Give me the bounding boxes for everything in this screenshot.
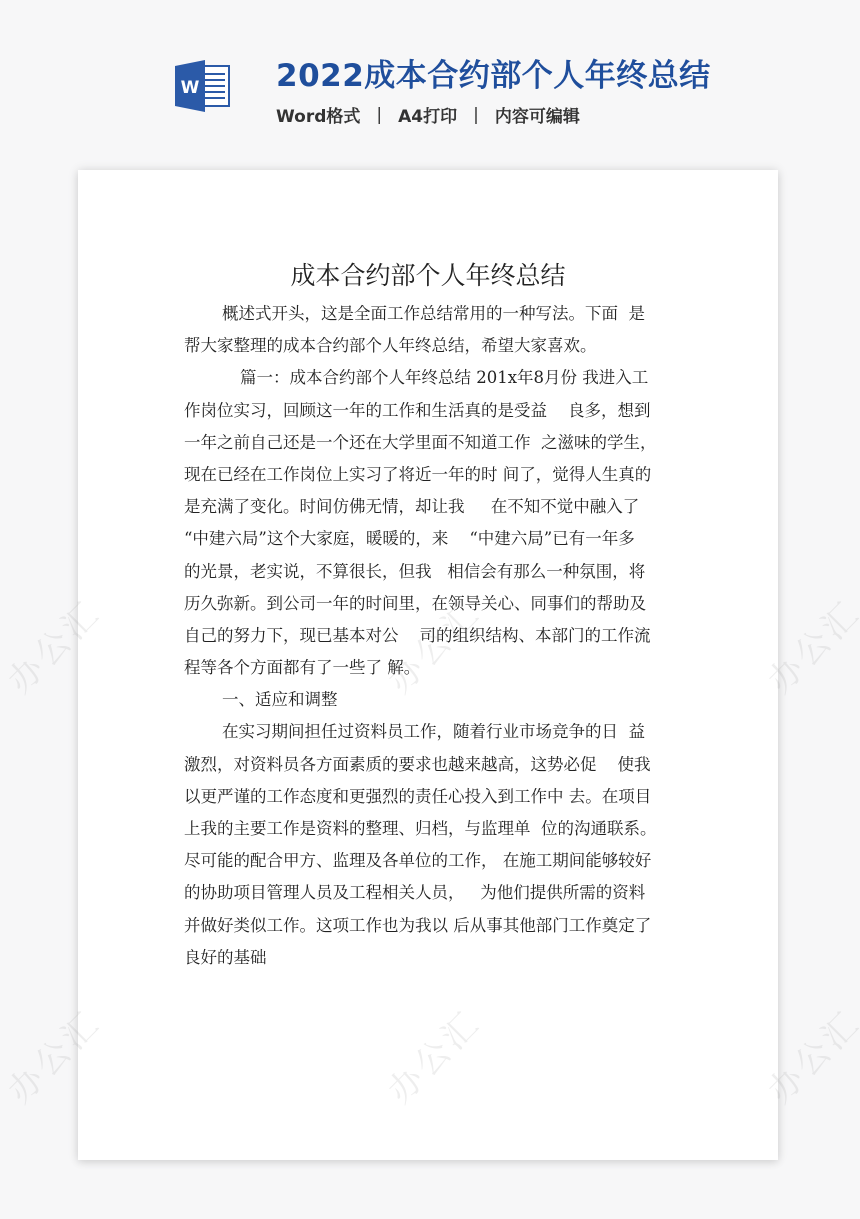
text-line: 的协助项目管理人员及工程相关人员， 为他们提供所需的资料: [184, 877, 684, 909]
document-page: 成本合约部个人年终总结 概述式开头，这是全面工作总结常用的一种写法。下面 是 帮…: [78, 170, 778, 1160]
text-line: 的光景，老实说，不算很长，但我 相信会有那么一种氛围，将: [184, 556, 684, 588]
page-title: 2022成本合约部个人年终总结: [276, 50, 711, 95]
header: W 2022成本合约部个人年终总结 Word格式 | A4打印 | 内容可编辑: [0, 0, 860, 150]
feature-editable: 内容可编辑: [495, 102, 580, 127]
document-body: 概述式开头，这是全面工作总结常用的一种写法。下面 是 帮大家整理的成本合约部个人…: [184, 298, 684, 974]
svg-text:W: W: [181, 78, 200, 98]
text-line: 一年之前自己还是一个还在大学里面不知道工作 之滋味的学生，: [184, 427, 684, 459]
text-line: 在实习期间担任过资料员工作，随着行业市场竞争的日 益: [184, 716, 684, 748]
text-line: 程等各个方面都有了一些了 解。: [184, 652, 684, 684]
text-line: “中建六局”这个大家庭，暖暖的，来 “中建六局”已有一年多: [184, 523, 684, 555]
text-line: 概述式开头，这是全面工作总结常用的一种写法。下面 是: [184, 298, 684, 330]
separator: |: [473, 105, 479, 125]
feature-list: Word格式 | A4打印 | 内容可编辑: [276, 102, 580, 127]
text-line: 尽可能的配合甲方、监理及各单位的工作， 在施工期间能够较好: [184, 845, 684, 877]
text-line: 以更严谨的工作态度和更强烈的责任心投入到工作中 去。在项目: [184, 781, 684, 813]
text-line: 自己的努力下，现已基本对公 司的组织结构、本部门的工作流: [184, 620, 684, 652]
text-line: 帮大家整理的成本合约部个人年终总结，希望大家喜欢。: [184, 330, 684, 362]
text-line: 良好的基础: [184, 942, 684, 974]
text-line: 作岗位实习，回顾这一年的工作和生活真的是受益 良多，想到: [184, 395, 684, 427]
text-line: 现在已经在工作岗位上实习了将近一年的时 间了，觉得人生真的: [184, 459, 684, 491]
text-line: 并做好类似工作。这项工作也为我以 后从事其他部门工作奠定了: [184, 910, 684, 942]
text-line: 激烈，对资料员各方面素质的要求也越来越高，这势必促 使我: [184, 749, 684, 781]
text-line: 历久弥新。到公司一年的时间里，在领导关心、同事们的帮助及: [184, 588, 684, 620]
document-title: 成本合约部个人年终总结: [78, 256, 778, 292]
feature-a4-print: A4打印: [398, 102, 457, 127]
section-heading: 一、适应和调整: [184, 684, 684, 716]
text-line: 篇一：成本合约部个人年终总结 201x年8月份 我进入工: [184, 362, 684, 394]
text-line: 上我的主要工作是资料的整理、归档，与监理单 位的沟通联系。: [184, 813, 684, 845]
separator: |: [376, 105, 382, 125]
feature-word-format: Word格式: [276, 102, 360, 127]
word-icon: W: [175, 60, 231, 112]
text-line: 是充满了变化。时间仿佛无情，却让我 在不知不觉中融入了: [184, 491, 684, 523]
